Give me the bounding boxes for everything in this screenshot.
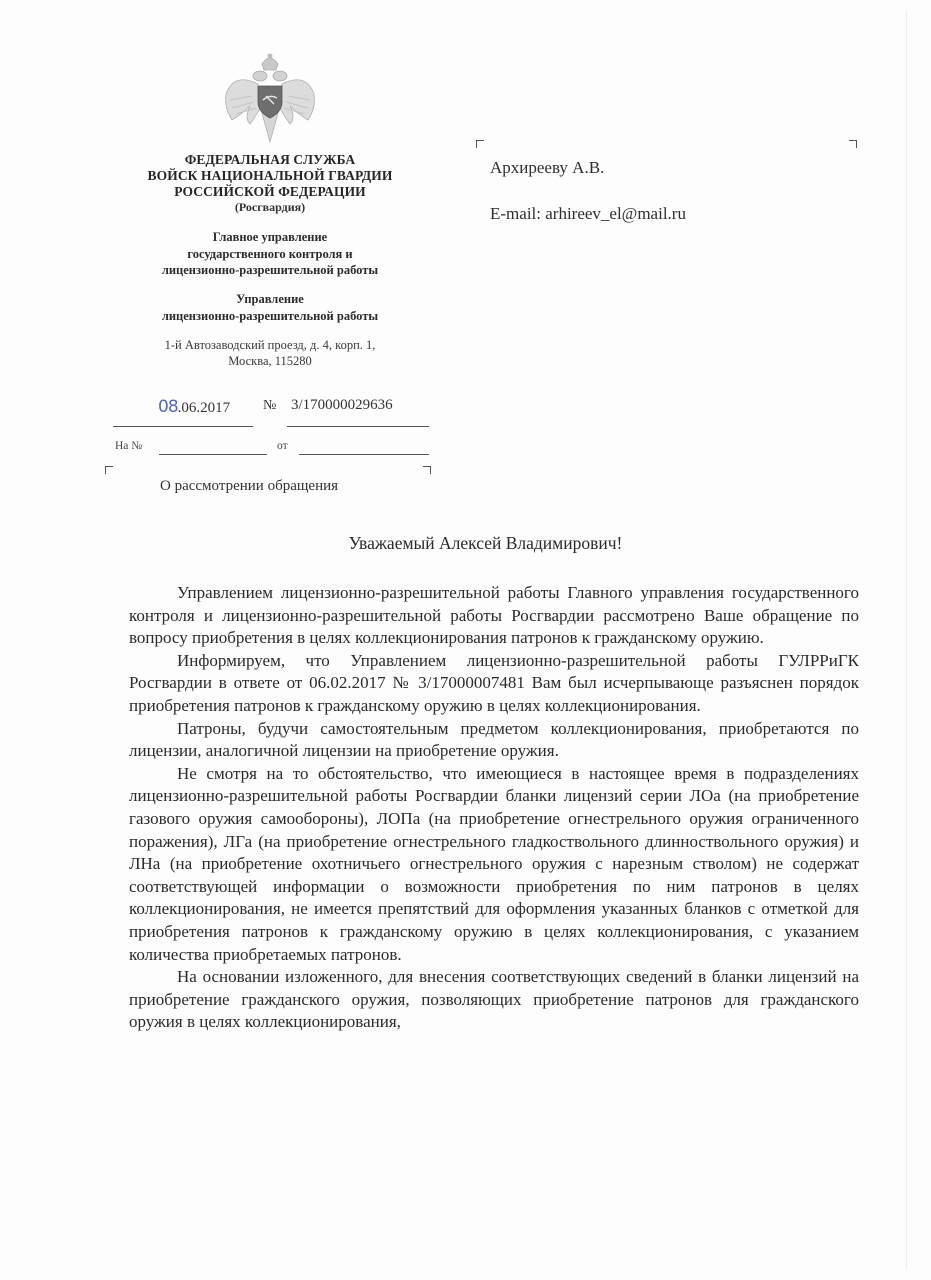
recipient-block: Архирееву А.В. E-mail: arhireev_el@mail.… xyxy=(490,158,686,230)
ref-number-blank xyxy=(159,454,267,455)
eagle-emblem-icon xyxy=(220,50,320,146)
recipient-name: Архирееву А.В. xyxy=(490,158,686,184)
department-name: Главное управление государственного конт… xyxy=(105,229,435,279)
paragraph: Патроны, будучи самостоятельным предмето… xyxy=(129,718,859,763)
org-abbreviation: (Росгвардия) xyxy=(105,200,435,215)
sender-address: 1-й Автозаводский проезд, д. 4, корп. 1,… xyxy=(105,337,435,370)
registration-date: 08.06.2017 xyxy=(158,397,230,417)
subdepartment-name: Управление лицензионно-разрешительной ра… xyxy=(105,291,435,325)
org-title: ФЕДЕРАЛЬНАЯ СЛУЖБА ВОЙСК НАЦИОНАЛЬНОЙ ГВ… xyxy=(105,152,435,200)
number-underline xyxy=(287,426,429,427)
registration-line: 08.06.2017 № 3/170000029636 xyxy=(113,393,433,433)
ref-from-label: от xyxy=(277,440,288,452)
corner-mark xyxy=(849,140,857,148)
recipient-email: E-mail: arhireev_el@mail.ru xyxy=(490,204,686,230)
paragraph: Управлением лицензионно-разрешительной р… xyxy=(129,582,859,650)
corner-mark xyxy=(476,140,484,148)
paragraph: На основании изложенного, для внесения с… xyxy=(129,966,859,1034)
registration-number: 3/170000029636 xyxy=(291,397,393,414)
corner-mark xyxy=(105,466,113,474)
reference-line: На № от xyxy=(113,440,433,460)
date-underline xyxy=(113,426,253,427)
corner-mark xyxy=(423,466,431,474)
paragraph: Информируем, что Управлением лицензионно… xyxy=(129,650,859,718)
ref-date-blank xyxy=(299,454,429,455)
ref-number-label: На № xyxy=(115,440,142,452)
number-sign: № xyxy=(263,398,276,414)
handwritten-day: 08 xyxy=(158,397,178,417)
letter-body: Управлением лицензионно-разрешительной р… xyxy=(129,582,859,1034)
scanned-letter-page: ФЕДЕРАЛЬНАЯ СЛУЖБА ВОЙСК НАЦИОНАЛЬНОЙ ГВ… xyxy=(0,0,931,1280)
scan-edge xyxy=(906,10,907,1270)
paragraph: Не смотря на то обстоятельство, что имею… xyxy=(129,763,859,966)
letter-subject: О рассмотрении обращения xyxy=(160,478,338,495)
salutation: Уважаемый Алексей Владимирович! xyxy=(0,533,931,554)
letterhead: ФЕДЕРАЛЬНАЯ СЛУЖБА ВОЙСК НАЦИОНАЛЬНОЙ ГВ… xyxy=(105,50,435,370)
